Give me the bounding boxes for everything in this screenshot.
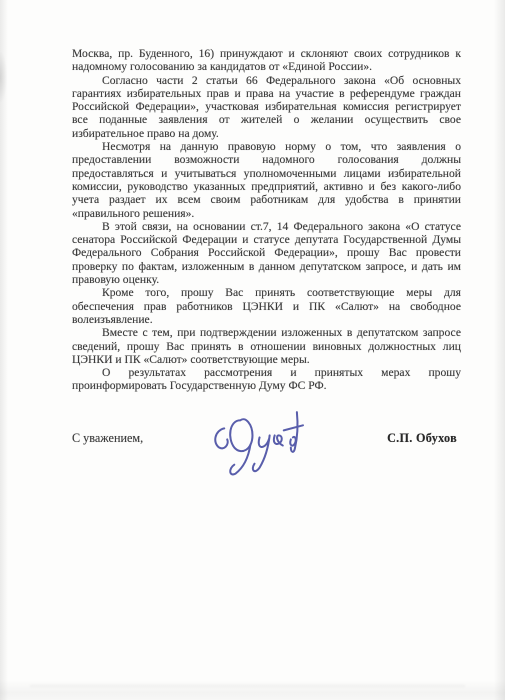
scan-smudge-bottom [30, 685, 465, 687]
letter-line: проверку по фактам, изложенным в данном … [72, 260, 461, 273]
letter-line: сведений, прошу Вас принять в отношении … [72, 340, 461, 353]
letter-line: Кроме того, прошу Вас принять соответств… [72, 286, 461, 299]
letter-line: Москва, пр. Буденного, 16) принуждают и … [72, 47, 461, 60]
letter-line: ЦЭНКИ и ПК «Салют» соответствующие меры. [72, 353, 461, 366]
scan-edge-bottom [0, 680, 505, 700]
scanned-letter-page: Москва, пр. Буденного, 16) принуждают и … [0, 0, 505, 700]
letter-line: предоставляться и учитываться уполномоче… [72, 167, 461, 180]
letter-line: надомному голосованию за кандидатов от «… [72, 60, 461, 73]
letter-body-text: Москва, пр. Буденного, 16) принуждают и … [72, 47, 461, 393]
letter-line: проинформировать Государственную Думу ФС… [72, 379, 461, 392]
letter-line: Согласно части 2 статьи 66 Федерального … [72, 74, 461, 87]
signature-strokes [215, 412, 303, 474]
letter-line: правовую оценку. [72, 273, 461, 286]
letter-line: «правильного решения». [72, 207, 461, 220]
letter-line: учета раздает их всем своим работникам д… [72, 193, 461, 206]
scan-smudge-left [0, 52, 7, 102]
letter-line: обеспечения прав работников ЦЭНКИ и ПК «… [72, 300, 461, 313]
letter-line: предоставлении возможности надомного гол… [72, 153, 461, 166]
scan-edge-right [494, 0, 505, 700]
letter-line: Российской Федерации», участковая избира… [72, 100, 461, 113]
letter-line: Вместе с тем, при подтверждении изложенн… [72, 326, 461, 339]
scan-edge-left [0, 0, 8, 700]
signer-name: С.П. Обухов [387, 431, 457, 446]
letter-line: сенатора Российской Федерации и статусе … [72, 233, 461, 246]
letter-line: В этой связи, на основании ст.7, 14 Феде… [72, 220, 461, 233]
letter-line: гарантиях избирательных прав и права на … [72, 87, 461, 100]
letter-line: Федерального Собрания Российской Федерац… [72, 246, 461, 259]
letter-line: комиссии, руководство указанных предприя… [72, 180, 461, 193]
signature-ink-icon [202, 402, 308, 488]
letter-line: волеизъявление. [72, 313, 461, 326]
letter-line: Несмотря на данную правовую норму о том,… [72, 140, 461, 153]
letter-line: избирательное право на дому. [72, 127, 461, 140]
closing-salutation: С уважением, [72, 431, 143, 446]
letter-line: все поданные заявления от жителей о жела… [72, 113, 461, 126]
letter-line: О результатах рассмотрения и принятых ме… [72, 366, 461, 379]
